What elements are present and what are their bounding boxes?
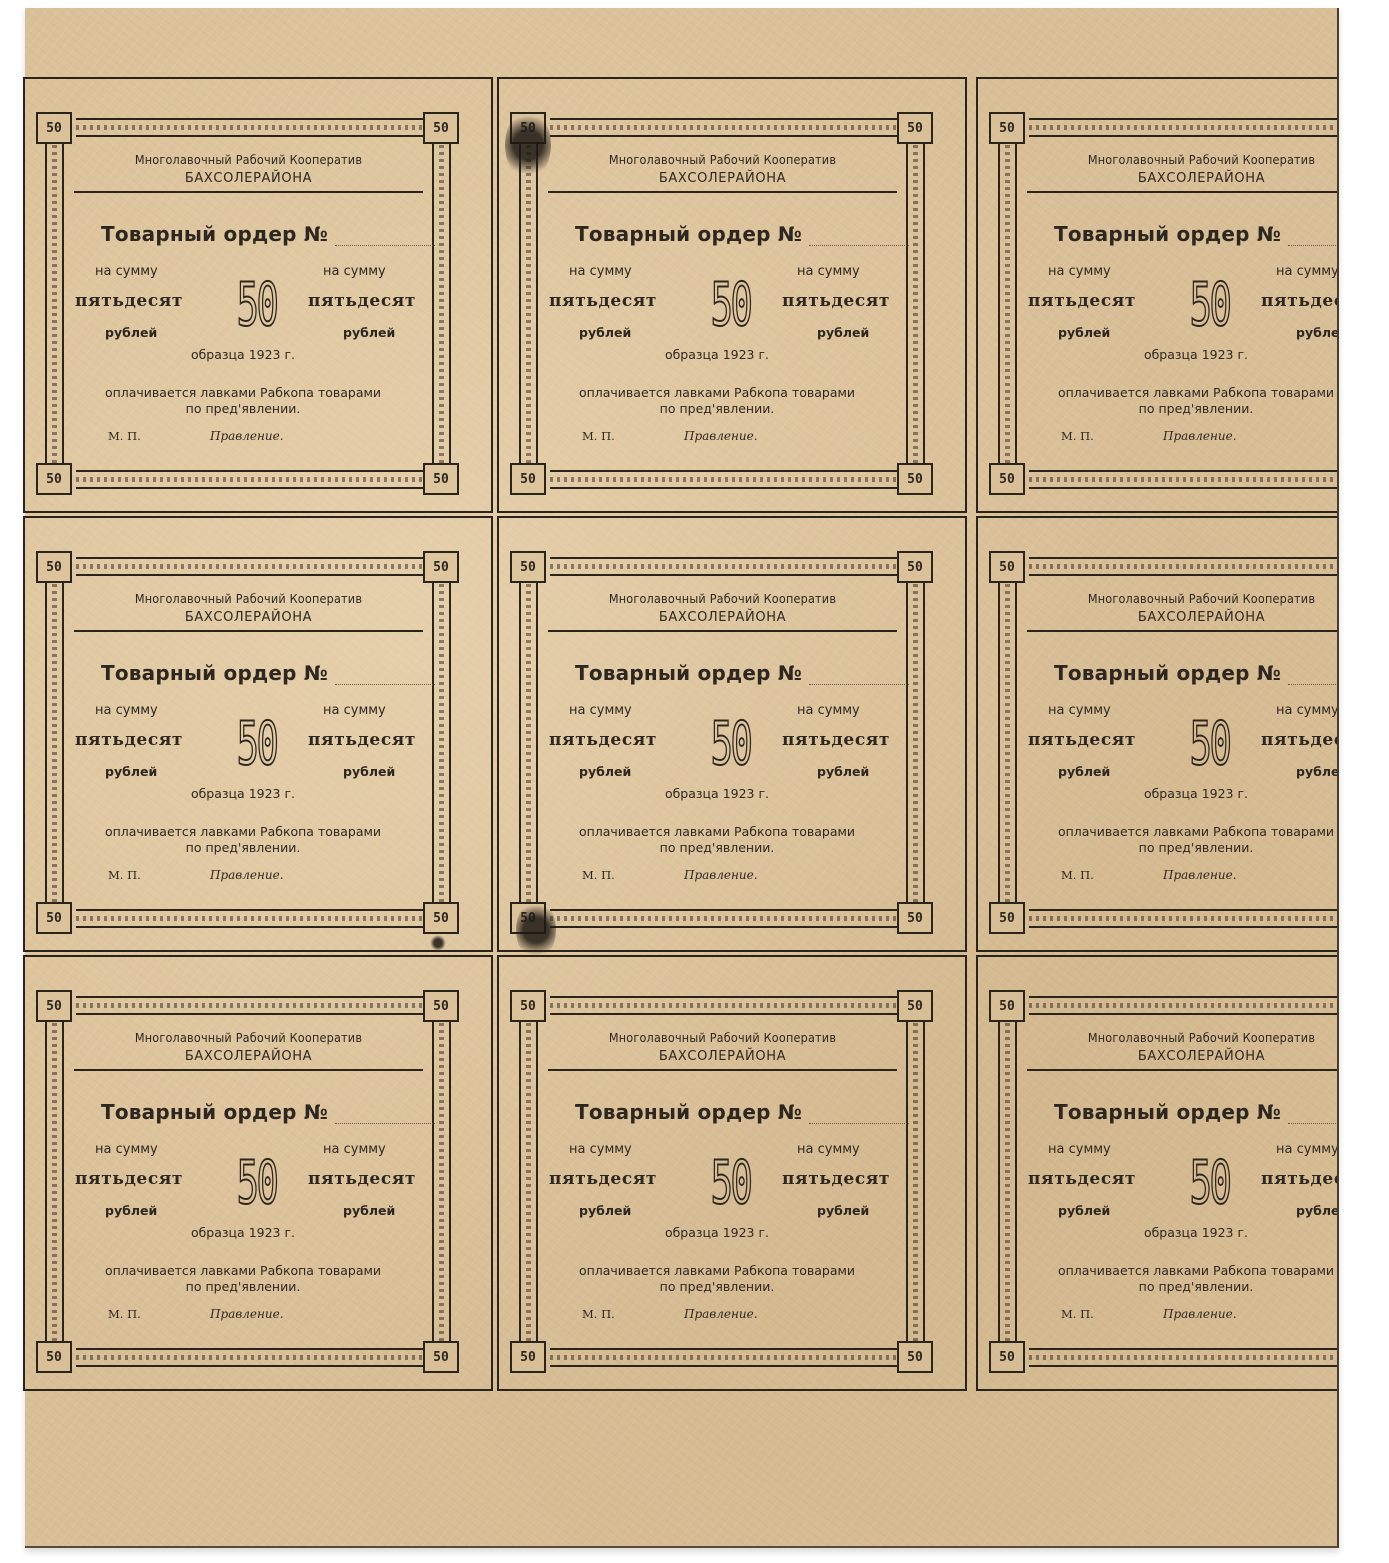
number-blank-line — [1288, 245, 1337, 246]
corner-value-bottom-left: 50 — [989, 902, 1025, 934]
corner-value-bottom-left: 50 — [989, 463, 1025, 495]
sum-label-left: на сумму — [95, 264, 158, 279]
currency-right: рублей — [343, 325, 395, 340]
corner-value-bottom-left: 50 — [989, 1341, 1025, 1373]
ornament-border-bottom — [76, 470, 423, 489]
amount-words-right: пятьдесят — [1261, 730, 1337, 750]
payment-terms-line1: оплачивается лавками Рабкопа товарами — [499, 1263, 935, 1278]
sum-label-right: на сумму — [323, 1142, 386, 1157]
voucher-title: Товарный ордер № — [1054, 661, 1281, 685]
corner-value-top-left: 50 — [36, 990, 72, 1022]
currency-right: рублей — [817, 1203, 869, 1218]
district-name: БАХСОЛЕРАЙОНА — [74, 1049, 423, 1064]
district-name: БАХСОЛЕРАЙОНА — [74, 610, 423, 625]
payment-terms-line1: оплачивается лавками Рабкопа товарами — [499, 385, 935, 400]
amount-words-right: пятьдесят — [782, 730, 890, 750]
sum-label-left: на сумму — [95, 1142, 158, 1157]
amount-numeral: 50 — [1190, 273, 1215, 337]
amount-words-right: пятьдесят — [782, 1169, 890, 1189]
voucher-title: Товарный ордер № — [101, 222, 328, 246]
payment-terms-line2: по пред'явлении. — [978, 401, 1337, 416]
voucher-title: Товарный ордер № — [575, 1100, 802, 1124]
ink-stain — [516, 900, 556, 960]
payment-terms-line1: оплачивается лавками Рабкопа товарами — [978, 824, 1337, 839]
ornament-border-top — [1029, 996, 1337, 1015]
ink-stain — [505, 110, 551, 180]
amount-words-right: пятьдесят — [1261, 291, 1337, 311]
corner-value-bottom-left: 50 — [36, 463, 72, 495]
sample-year: образца 1923 г. — [25, 786, 461, 801]
corner-value-bottom-right: 50 — [897, 1341, 933, 1373]
voucher-cell-r3c3: 50 50 50 50 Многолавочный Рабочий Коопер… — [976, 955, 1337, 1391]
sample-year: образца 1923 г. — [25, 1225, 461, 1240]
amount-words-right: пятьдесят — [1261, 1169, 1337, 1189]
number-blank-line — [809, 1123, 909, 1124]
seal-place: М. П. — [108, 1307, 141, 1321]
currency-right: рублей — [1296, 1203, 1337, 1218]
currency-left: рублей — [105, 325, 157, 340]
board-signature: Правление. — [684, 429, 758, 443]
ornament-border-bottom — [1029, 1348, 1337, 1367]
amount-words-left: пятьдесят — [1028, 730, 1136, 750]
ornament-border-bottom — [76, 1348, 423, 1367]
seal-place: М. П. — [108, 868, 141, 882]
header-divider — [1027, 191, 1337, 193]
amount-numeral: 50 — [237, 273, 262, 337]
board-signature: Правление. — [210, 1307, 284, 1321]
corner-value-bottom-left: 50 — [510, 463, 546, 495]
payment-terms-line2: по пред'явлении. — [499, 1279, 935, 1294]
corner-value-bottom-right: 50 — [897, 463, 933, 495]
sum-label-right: на сумму — [323, 703, 386, 718]
number-blank-line — [1288, 1123, 1337, 1124]
header-divider — [74, 1069, 423, 1071]
corner-value-top-left: 50 — [989, 990, 1025, 1022]
ornament-border-top — [1029, 557, 1337, 576]
voucher-title: Товарный ордер № — [101, 1100, 328, 1124]
amount-words-right: пятьдесят — [308, 291, 416, 311]
amount-words-left: пятьдесят — [1028, 1169, 1136, 1189]
cooperative-name: Многолавочный Рабочий Кооператив — [548, 152, 897, 167]
cooperative-name: Многолавочный Рабочий Кооператив — [548, 1030, 897, 1045]
header-divider — [548, 191, 897, 193]
cooperative-name: Многолавочный Рабочий Кооператив — [1027, 591, 1337, 606]
payment-terms-line1: оплачивается лавками Рабкопа товарами — [978, 385, 1337, 400]
payment-terms-line2: по пред'явлении. — [978, 1279, 1337, 1294]
district-name: БАХСОЛЕРАЙОНА — [1027, 1049, 1337, 1064]
payment-terms-line2: по пред'явлении. — [25, 840, 461, 855]
amount-words-left: пятьдесят — [549, 1169, 657, 1189]
ornament-border-top — [76, 557, 423, 576]
amount-numeral: 50 — [1190, 1151, 1215, 1215]
district-name: БАХСОЛЕРАЙОНА — [1027, 610, 1337, 625]
board-signature: Правление. — [210, 429, 284, 443]
number-blank-line — [1288, 684, 1337, 685]
ornament-border-bottom — [1029, 909, 1337, 928]
corner-value-bottom-left: 50 — [36, 902, 72, 934]
corner-value-bottom-right: 50 — [423, 1341, 459, 1373]
corner-value-top-right: 50 — [897, 112, 933, 144]
amount-words-left: пятьдесят — [75, 1169, 183, 1189]
voucher-cell-r2c2: 50 50 50 50 Многолавочный Рабочий Коопер… — [497, 516, 967, 952]
amount-words-left: пятьдесят — [549, 730, 657, 750]
sample-year: образца 1923 г. — [978, 1225, 1337, 1240]
amount-numeral: 50 — [711, 1151, 736, 1215]
seal-place: М. П. — [1061, 868, 1094, 882]
payment-terms-line2: по пред'явлении. — [25, 401, 461, 416]
corner-value-bottom-left: 50 — [510, 1341, 546, 1373]
amount-numeral: 50 — [1190, 712, 1215, 776]
cooperative-name: Многолавочный Рабочий Кооператив — [74, 1030, 423, 1045]
amount-words-left: пятьдесят — [75, 291, 183, 311]
currency-left: рублей — [1058, 764, 1110, 779]
voucher-cell-r3c1: 50 50 50 50 Многолавочный Рабочий Коопер… — [23, 955, 493, 1391]
sum-label-right: на сумму — [323, 264, 386, 279]
sum-label-left: на сумму — [1048, 703, 1111, 718]
ornament-border-bottom — [550, 1348, 897, 1367]
sum-label-right: на сумму — [1276, 264, 1337, 279]
sample-year: образца 1923 г. — [499, 786, 935, 801]
corner-value-bottom-right: 50 — [897, 902, 933, 934]
header-divider — [548, 630, 897, 632]
payment-terms-line2: по пред'явлении. — [978, 840, 1337, 855]
board-signature: Правление. — [684, 1307, 758, 1321]
currency-right: рублей — [817, 764, 869, 779]
ornament-border-top — [76, 996, 423, 1015]
header-divider — [1027, 1069, 1337, 1071]
payment-terms-line1: оплачивается лавками Рабкопа товарами — [978, 1263, 1337, 1278]
sum-label-left: на сумму — [569, 1142, 632, 1157]
sample-year: образца 1923 г. — [499, 1225, 935, 1240]
cooperative-name: Многолавочный Рабочий Кооператив — [74, 152, 423, 167]
number-blank-line — [809, 684, 909, 685]
amount-words-right: пятьдесят — [308, 1169, 416, 1189]
header-divider — [74, 191, 423, 193]
ornament-border-top — [76, 118, 423, 137]
payment-terms-line2: по пред'явлении. — [499, 401, 935, 416]
sum-label-right: на сумму — [797, 264, 860, 279]
payment-terms-line1: оплачивается лавками Рабкопа товарами — [25, 385, 461, 400]
header-divider — [548, 1069, 897, 1071]
corner-value-top-right: 50 — [423, 112, 459, 144]
corner-value-top-right: 50 — [897, 990, 933, 1022]
sum-label-right: на сумму — [797, 703, 860, 718]
corner-value-top-left: 50 — [36, 551, 72, 583]
district-name: БАХСОЛЕРАЙОНА — [548, 1049, 897, 1064]
sum-label-left: на сумму — [1048, 264, 1111, 279]
voucher-cell-r1c3: 50 50 50 50 Многолавочный Рабочий Коопер… — [976, 77, 1337, 513]
voucher-title: Товарный ордер № — [575, 661, 802, 685]
seal-place: М. П. — [582, 868, 615, 882]
voucher-cell-r1c1: 50 50 50 50 Многолавочный Рабочий Коопер… — [23, 77, 493, 513]
currency-right: рублей — [1296, 764, 1337, 779]
currency-left: рублей — [579, 1203, 631, 1218]
voucher-grid: 50 50 50 50 Многолавочный Рабочий Коопер… — [23, 77, 1343, 1394]
number-blank-line — [335, 684, 435, 685]
seal-place: М. П. — [582, 1307, 615, 1321]
header-divider — [74, 630, 423, 632]
payment-terms-line1: оплачивается лавками Рабкопа товарами — [25, 1263, 461, 1278]
sample-year: образца 1923 г. — [978, 347, 1337, 362]
seal-place: М. П. — [108, 429, 141, 443]
amount-numeral: 50 — [711, 273, 736, 337]
sum-label-right: на сумму — [1276, 703, 1337, 718]
currency-right: рублей — [343, 1203, 395, 1218]
amount-words-right: пятьдесят — [782, 291, 890, 311]
amount-words-right: пятьдесят — [308, 730, 416, 750]
header-divider — [1027, 630, 1337, 632]
sum-label-left: на сумму — [569, 264, 632, 279]
cooperative-name: Многолавочный Рабочий Кооператив — [1027, 152, 1337, 167]
corner-value-bottom-right: 50 — [423, 902, 459, 934]
board-signature: Правление. — [1163, 868, 1237, 882]
payment-terms-line1: оплачивается лавками Рабкопа товарами — [25, 824, 461, 839]
voucher-cell-r1c2: 50 50 50 50 Многолавочный Рабочий Коопер… — [497, 77, 967, 513]
voucher-cell-r2c1: 50 50 50 50 Многолавочный Рабочий Коопер… — [23, 516, 493, 952]
corner-value-top-left: 50 — [989, 551, 1025, 583]
corner-value-top-left: 50 — [510, 990, 546, 1022]
board-signature: Правление. — [1163, 429, 1237, 443]
number-blank-line — [335, 1123, 435, 1124]
corner-value-top-right: 50 — [897, 551, 933, 583]
voucher-title: Товарный ордер № — [575, 222, 802, 246]
corner-value-top-left: 50 — [36, 112, 72, 144]
ornament-border-top — [1029, 118, 1337, 137]
amount-numeral: 50 — [237, 1151, 262, 1215]
corner-value-top-left: 50 — [510, 551, 546, 583]
ornament-border-top — [550, 118, 897, 137]
ornament-border-bottom — [550, 909, 897, 928]
currency-right: рублей — [817, 325, 869, 340]
sum-label-left: на сумму — [95, 703, 158, 718]
currency-left: рублей — [579, 764, 631, 779]
corner-value-top-left: 50 — [989, 112, 1025, 144]
district-name: БАХСОЛЕРАЙОНА — [548, 610, 897, 625]
number-blank-line — [335, 245, 435, 246]
sample-year: образца 1923 г. — [499, 347, 935, 362]
sum-label-right: на сумму — [797, 1142, 860, 1157]
cooperative-name: Многолавочный Рабочий Кооператив — [74, 591, 423, 606]
ornament-border-top — [550, 557, 897, 576]
amount-words-left: пятьдесят — [549, 291, 657, 311]
ornament-border-bottom — [550, 470, 897, 489]
payment-terms-line2: по пред'явлении. — [25, 1279, 461, 1294]
currency-left: рублей — [1058, 1203, 1110, 1218]
corner-value-top-right: 50 — [423, 551, 459, 583]
district-name: БАХСОЛЕРАЙОНА — [1027, 171, 1337, 186]
currency-left: рублей — [105, 1203, 157, 1218]
currency-left: рублей — [579, 325, 631, 340]
ornament-border-top — [550, 996, 897, 1015]
sample-year: образца 1923 г. — [978, 786, 1337, 801]
currency-left: рублей — [105, 764, 157, 779]
corner-value-top-right: 50 — [423, 990, 459, 1022]
sum-label-left: на сумму — [1048, 1142, 1111, 1157]
board-signature: Правление. — [684, 868, 758, 882]
voucher-cell-r2c3: 50 50 50 50 Многолавочный Рабочий Коопер… — [976, 516, 1337, 952]
ornament-border-bottom — [1029, 470, 1337, 489]
sum-label-left: на сумму — [569, 703, 632, 718]
corner-value-bottom-right: 50 — [423, 463, 459, 495]
seal-place: М. П. — [1061, 1307, 1094, 1321]
district-name: БАХСОЛЕРАЙОНА — [548, 171, 897, 186]
amount-numeral: 50 — [237, 712, 262, 776]
currency-right: рублей — [343, 764, 395, 779]
number-blank-line — [809, 245, 909, 246]
amount-words-left: пятьдесят — [75, 730, 183, 750]
cooperative-name: Многолавочный Рабочий Кооператив — [548, 591, 897, 606]
corner-value-bottom-left: 50 — [36, 1341, 72, 1373]
payment-terms-line1: оплачивается лавками Рабкопа товарами — [499, 824, 935, 839]
board-signature: Правление. — [210, 868, 284, 882]
currency-right: рублей — [1296, 325, 1337, 340]
board-signature: Правление. — [1163, 1307, 1237, 1321]
ink-stain — [430, 935, 446, 951]
voucher-cell-r3c2: 50 50 50 50 Многолавочный Рабочий Коопер… — [497, 955, 967, 1391]
voucher-title: Товарный ордер № — [1054, 1100, 1281, 1124]
seal-place: М. П. — [582, 429, 615, 443]
cooperative-name: Многолавочный Рабочий Кооператив — [1027, 1030, 1337, 1045]
amount-numeral: 50 — [711, 712, 736, 776]
sample-year: образца 1923 г. — [25, 347, 461, 362]
currency-left: рублей — [1058, 325, 1110, 340]
voucher-title: Товарный ордер № — [101, 661, 328, 685]
payment-terms-line2: по пред'явлении. — [499, 840, 935, 855]
ornament-border-bottom — [76, 909, 423, 928]
amount-words-left: пятьдесят — [1028, 291, 1136, 311]
voucher-grid-clip: 50 50 50 50 Многолавочный Рабочий Коопер… — [23, 77, 1337, 1394]
voucher-title: Товарный ордер № — [1054, 222, 1281, 246]
sum-label-right: на сумму — [1276, 1142, 1337, 1157]
district-name: БАХСОЛЕРАЙОНА — [74, 171, 423, 186]
seal-place: М. П. — [1061, 429, 1094, 443]
